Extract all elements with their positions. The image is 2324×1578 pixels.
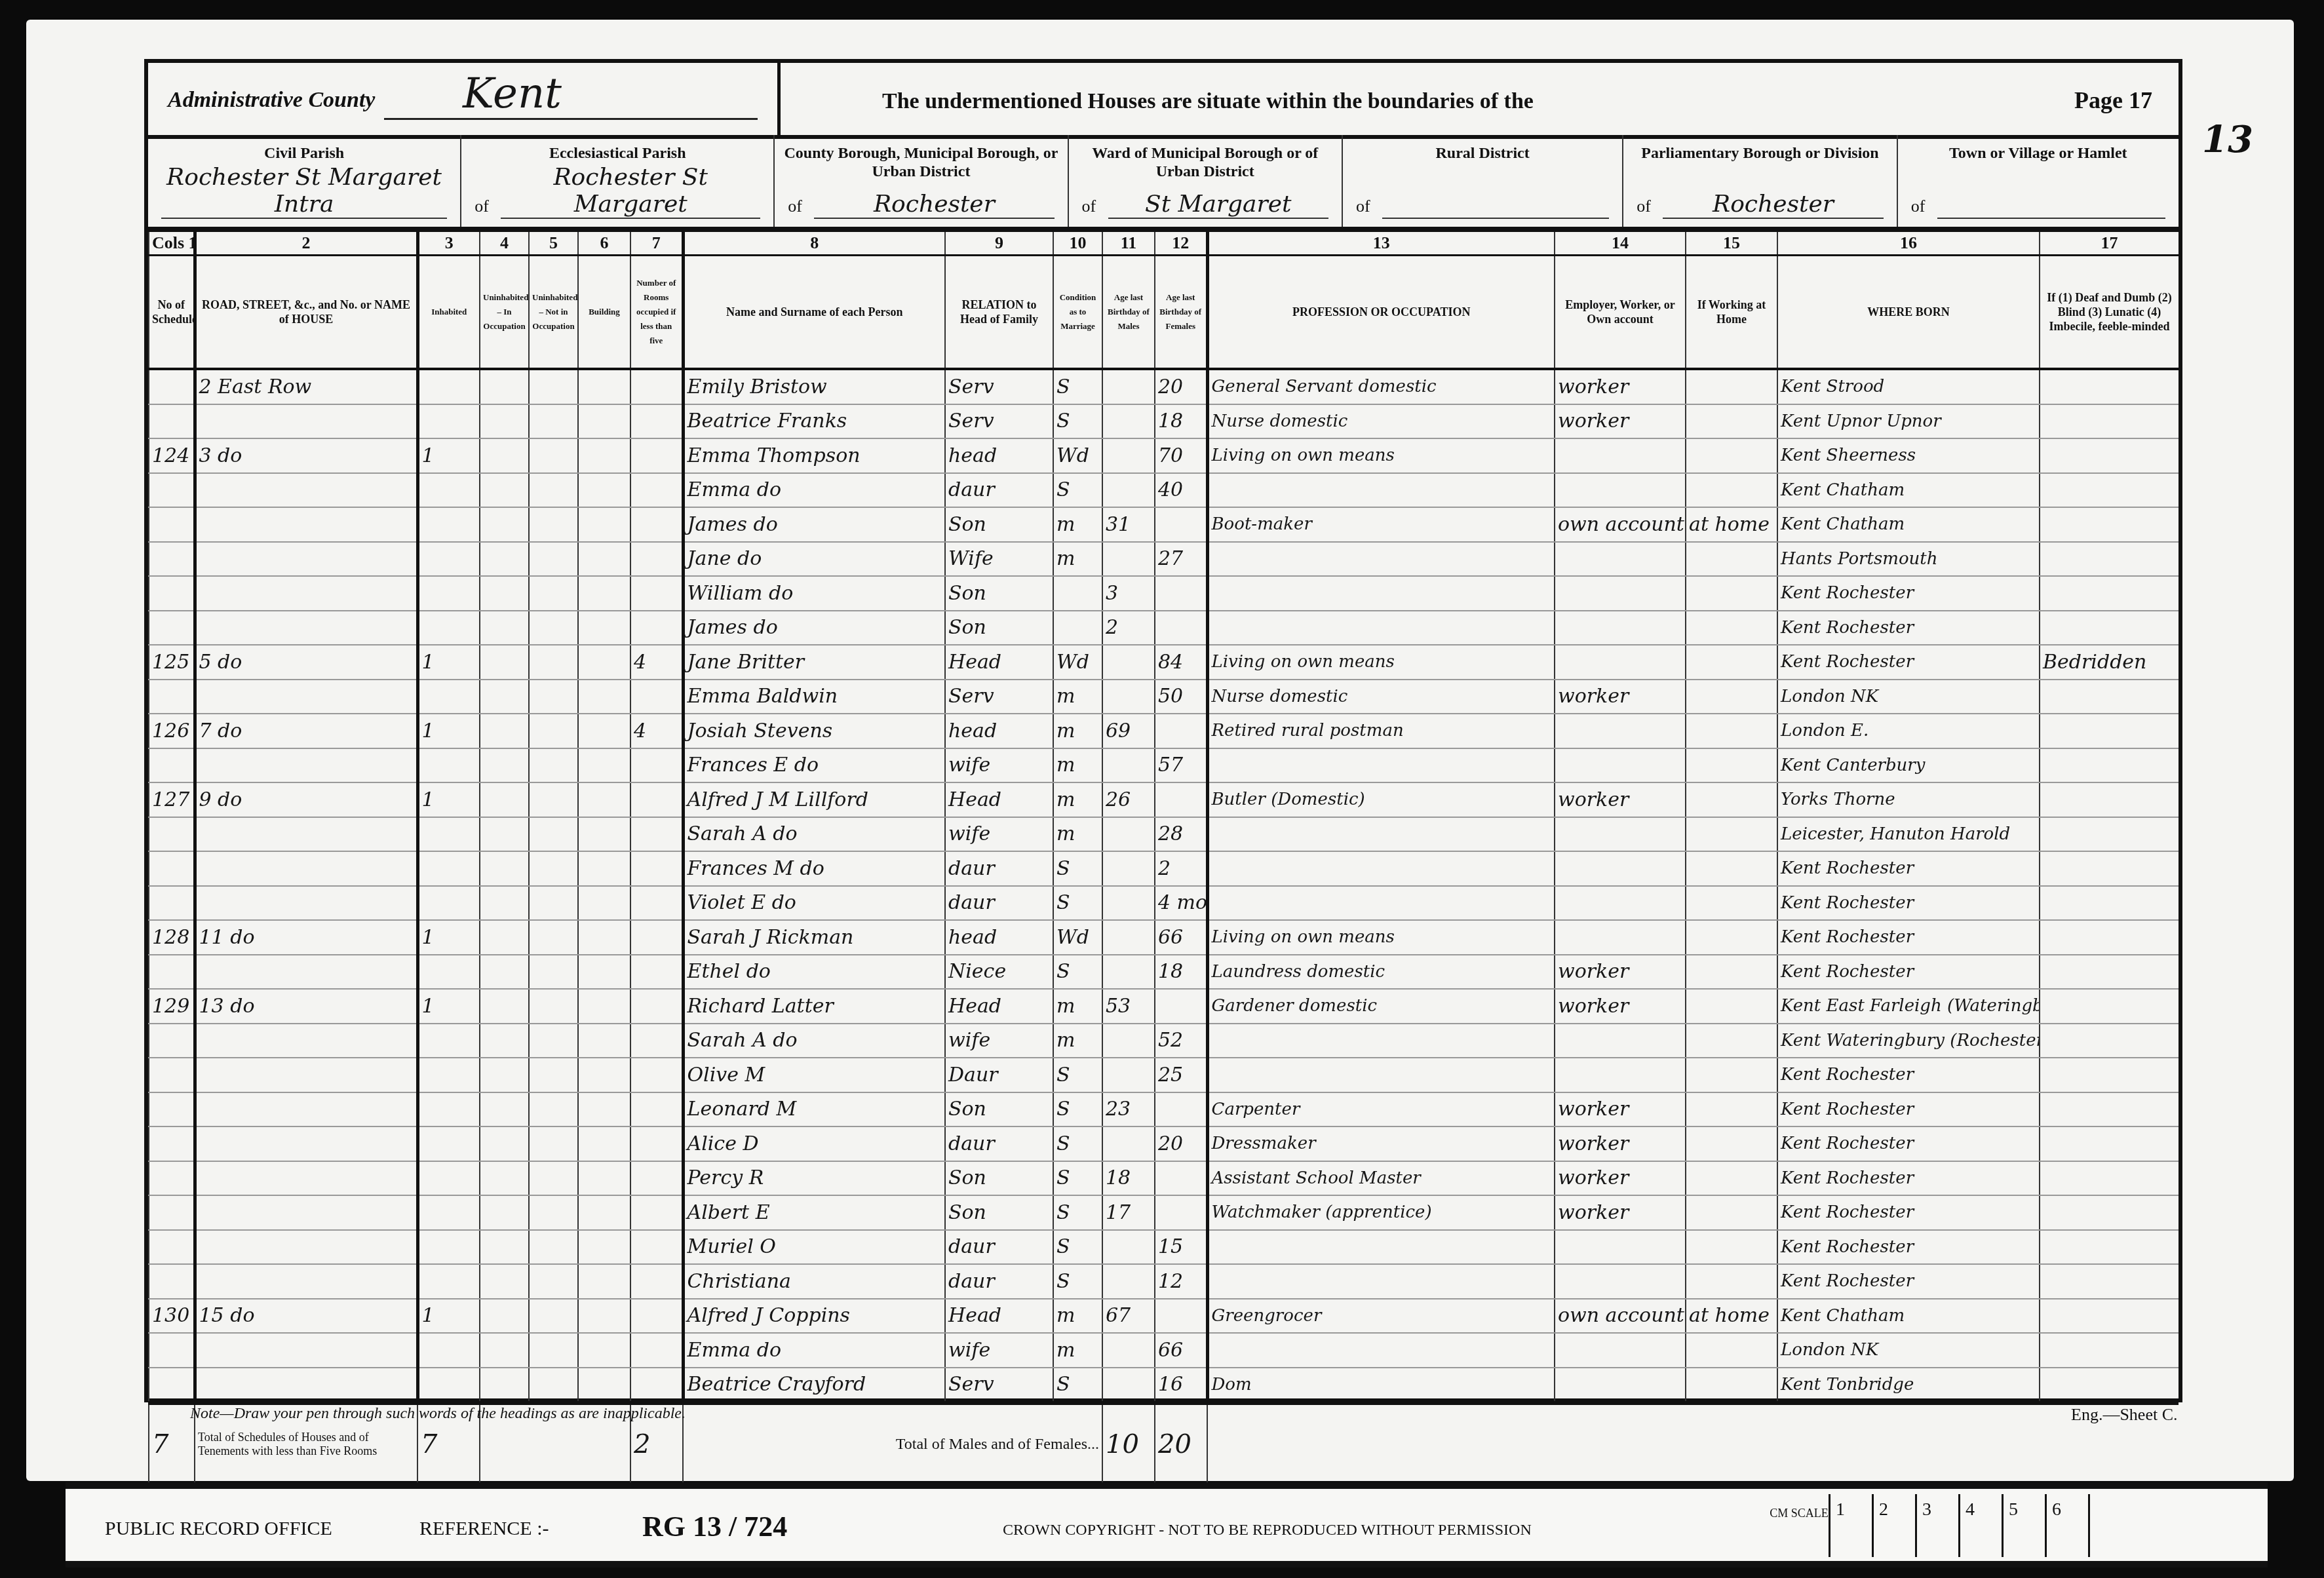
area-of-prefix: of [1636,197,1651,216]
cell-address: 2 East Row [195,369,417,404]
page-number: Page 17 [2074,87,2152,114]
cell-inhabited [417,1195,480,1230]
cell-empty [578,782,630,817]
census-row: Jane doWifem27Hants Portsmouth [149,542,2179,577]
cell-occupation: Assistant School Master [1207,1161,1555,1196]
area-label: County Borough, Municipal Borough, or Ur… [775,144,1067,181]
area-value: Rochester [1663,191,1883,219]
cell-at-home [1686,886,1777,921]
cell-born: Kent Rochester [1777,851,2040,886]
cell-infirmity [2040,1333,2179,1368]
cell-condition: m [1053,1024,1102,1058]
scale-tick: 5 [2002,1494,2045,1557]
cell-infirmity [2040,1230,2179,1265]
cell-empty [529,714,578,748]
cell-address [195,1161,417,1196]
cell-name: Albert E [683,1195,945,1230]
cell-address [195,1264,417,1299]
cell-address [195,1058,417,1092]
cell-age-m [1102,1024,1155,1058]
cell-born: Kent Chatham [1777,1299,2040,1334]
cell-empty [529,1161,578,1196]
cell-inhabited [417,680,480,714]
boundaries-text: The undermentioned Houses are situate wi… [882,89,1534,114]
cell-inhabited: 1 [417,782,480,817]
census-row: 1279 do1Alfred J M LillfordHeadm26Butler… [149,782,2179,817]
cell-born: Kent Rochester [1777,611,2040,645]
cell-empty [578,1058,630,1092]
cell-empty [480,817,529,852]
cell-empty [578,920,630,955]
column-header: Name and Surname of each Person [683,256,945,370]
cell-age-m [1102,1333,1155,1368]
cell-condition: S [1053,1126,1102,1161]
cell-age-m [1102,1058,1155,1092]
cell-condition: S [1053,1161,1102,1196]
cell-relation: Serv [945,404,1053,439]
cell-occupation: Laundress domestic [1207,955,1555,990]
cell-at-home [1686,920,1777,955]
cell-name: Frances E do [683,748,945,783]
area-label: Ward of Municipal Borough or of Urban Di… [1069,144,1342,181]
cell-age-m [1102,404,1155,439]
cell-empty [529,851,578,886]
cell-infirmity [2040,680,2179,714]
county-label: Administrative County [168,88,375,113]
cell-empty [529,748,578,783]
column-header: ROAD, STREET, &c., and No. or NAME of HO… [195,256,417,370]
cell-born: Kent Strood [1777,369,2040,404]
column-header-row: No of ScheduleROAD, STREET, &c., and No.… [149,256,2179,370]
cell-empty [578,680,630,714]
cell-empty [529,989,578,1024]
cell-schedule [149,1126,195,1161]
cell-condition: S [1053,886,1102,921]
cell-at-home [1686,955,1777,990]
column-header: If (1) Deaf and Dumb (2) Blind (3) Lunat… [2040,256,2179,370]
cell-condition: S [1053,851,1102,886]
area-of-prefix: of [474,197,489,216]
cell-schedule [149,886,195,921]
cell-age-f: 66 [1155,1333,1207,1368]
cell-empty [480,645,529,680]
cell-empty [529,817,578,852]
cell-employment [1555,1264,1686,1299]
cell-empty [529,1126,578,1161]
cell-occupation: Carpenter [1207,1092,1555,1127]
cell-born: Kent Rochester [1777,1058,2040,1092]
cell-rooms [630,1195,683,1230]
cell-address [195,1126,417,1161]
cell-schedule [149,1230,195,1265]
cell-age-m [1102,473,1155,508]
reference-label: REFERENCE :- [419,1518,549,1540]
cell-occupation [1207,473,1555,508]
cell-address [195,576,417,611]
cell-rooms [630,1230,683,1265]
cell-empty [578,1092,630,1127]
cell-empty [529,438,578,473]
cell-occupation: Nurse domestic [1207,404,1555,439]
census-row: James doSon2Kent Rochester [149,611,2179,645]
cell-at-home [1686,1264,1777,1299]
cell-rooms [630,404,683,439]
cell-employment: own account [1555,507,1686,542]
cell-rooms [630,1092,683,1127]
cell-empty [480,1368,529,1404]
cell-empty [480,611,529,645]
cell-empty [529,1024,578,1058]
cell-rooms [630,576,683,611]
column-header: Uninhabited – In Occupation [480,256,529,370]
cell-relation: Serv [945,1368,1053,1404]
cell-inhabited [417,1092,480,1127]
cell-relation: Daur [945,1058,1053,1092]
cell-empty [480,1092,529,1127]
cell-at-home [1686,1024,1777,1058]
cell-born: Kent Rochester [1777,1264,2040,1299]
cell-address [195,1024,417,1058]
census-row: Leonard MSonS23CarpenterworkerKent Roche… [149,1092,2179,1127]
census-row: 1255 do14Jane BritterHeadWd84Living on o… [149,645,2179,680]
cell-empty [480,438,529,473]
cell-born: Kent Rochester [1777,955,2040,990]
cell-occupation [1207,576,1555,611]
census-row: Sarah A dowifem52Kent Wateringbury (Roch… [149,1024,2179,1058]
cell-infirmity [2040,611,2179,645]
cell-age-m: 53 [1102,989,1155,1024]
cell-infirmity [2040,955,2179,990]
archive-footer: PUBLIC RECORD OFFICE REFERENCE :- RG 13 … [66,1482,2268,1568]
cell-address [195,748,417,783]
area-1: Ecclesiastical ParishofRochester St Marg… [461,135,775,227]
cell-rooms [630,1161,683,1196]
cell-relation: daur [945,886,1053,921]
cell-empty [529,576,578,611]
cell-empty [529,1264,578,1299]
cell-age-m [1102,920,1155,955]
cell-empty [480,1161,529,1196]
total-persons-label: Total of Males and of Females... [683,1403,1102,1486]
cell-age-f: 57 [1155,748,1207,783]
cell-schedule: 125 [149,645,195,680]
census-row: Emma dowifem66London NK [149,1333,2179,1368]
cell-relation: daur [945,1126,1053,1161]
cell-infirmity [2040,989,2179,1024]
cell-occupation: Boot-maker [1207,507,1555,542]
cell-occupation: Living on own means [1207,438,1555,473]
cell-employment: worker [1555,1195,1686,1230]
census-row: 2 East RowEmily BristowServS20General Se… [149,369,2179,404]
cell-inhabited: 1 [417,989,480,1024]
cell-at-home [1686,1058,1777,1092]
cell-name: Leonard M [683,1092,945,1127]
cell-empty [529,645,578,680]
column-number: 17 [2040,232,2179,256]
cell-empty [578,542,630,577]
cell-employment [1555,1058,1686,1092]
cell-inhabited [417,1230,480,1265]
cell-rooms [630,438,683,473]
cell-schedule: 126 [149,714,195,748]
cell-relation: head [945,920,1053,955]
cell-at-home [1686,1333,1777,1368]
cell-infirmity [2040,1368,2179,1404]
cell-empty [578,1299,630,1334]
cell-rooms [630,920,683,955]
cell-condition: Wd [1053,645,1102,680]
area-of-prefix: of [1082,197,1096,216]
census-row: 1243 do1Emma ThompsonheadWd70Living on o… [149,438,2179,473]
cell-condition: S [1053,955,1102,990]
cell-infirmity [2040,404,2179,439]
cell-rooms [630,989,683,1024]
cell-age-f: 16 [1155,1368,1207,1404]
cell-relation: Son [945,1195,1053,1230]
cell-empty [578,576,630,611]
cell-rooms [630,1368,683,1404]
cell-empty [529,1230,578,1265]
cell-address [195,1333,417,1368]
area-6: Town or Village or Hamletof [1898,135,2179,227]
cell-occupation: Dom [1207,1368,1555,1404]
cell-empty [529,369,578,404]
cell-address [195,542,417,577]
cell-empty [529,782,578,817]
cell-employment [1555,1024,1686,1058]
cell-name: Sarah J Rickman [683,920,945,955]
cell-infirmity [2040,1024,2179,1058]
cell-inhabited [417,611,480,645]
cell-relation: Head [945,645,1053,680]
cell-condition: m [1053,748,1102,783]
cell-rooms [630,748,683,783]
cell-empty [578,1126,630,1161]
cell-relation: Head [945,1299,1053,1334]
cell-at-home [1686,817,1777,852]
cell-age-m [1102,886,1155,921]
cell-employment [1555,645,1686,680]
cell-age-f [1155,782,1207,817]
cell-empty [480,782,529,817]
cell-employment [1555,886,1686,921]
column-header: Uninhabited – Not in Occupation [529,256,578,370]
column-number: 13 [1207,232,1555,256]
cell-name: Christiana [683,1264,945,1299]
column-number: 10 [1053,232,1102,256]
cell-relation: Head [945,782,1053,817]
area-of-prefix: of [1911,197,1926,216]
cell-schedule [149,1092,195,1127]
cell-condition: m [1053,1333,1102,1368]
cell-infirmity [2040,748,2179,783]
cell-infirmity [2040,1092,2179,1127]
cell-inhabited [417,473,480,508]
cell-address: 7 do [195,714,417,748]
cell-age-m [1102,748,1155,783]
area-4: Rural Districtof [1343,135,1623,227]
cell-age-f [1155,507,1207,542]
cell-inhabited [417,576,480,611]
area-value: Rochester [814,191,1054,219]
cell-relation: wife [945,817,1053,852]
cell-infirmity [2040,782,2179,817]
cell-inhabited [417,817,480,852]
cell-at-home [1686,989,1777,1024]
cell-empty [578,989,630,1024]
cell-born: Hants Portsmouth [1777,542,2040,577]
cell-rooms: 4 [630,645,683,680]
cell-rooms [630,851,683,886]
cell-at-home: at home [1686,507,1777,542]
cell-born: Kent Rochester [1777,576,2040,611]
cell-name: Ethel do [683,955,945,990]
cell-employment [1555,473,1686,508]
cell-address [195,817,417,852]
cell-address [195,507,417,542]
cell-inhabited: 1 [417,714,480,748]
cell-address: 3 do [195,438,417,473]
cell-schedule [149,851,195,886]
cell-age-m [1102,1368,1155,1404]
cell-infirmity [2040,369,2179,404]
column-number: 8 [683,232,945,256]
column-header: Number of Rooms occupied if less than fi… [630,256,683,370]
cell-name: Alice D [683,1126,945,1161]
cell-name: Sarah A do [683,1024,945,1058]
cell-employment: worker [1555,989,1686,1024]
cell-empty [529,1058,578,1092]
area-label: Civil Parish [148,144,460,163]
cell-at-home [1686,1092,1777,1127]
cell-schedule [149,1264,195,1299]
cell-employment [1555,542,1686,577]
census-row: 12913 do1Richard LatterHeadm53Gardener d… [149,989,2179,1024]
cell-schedule [149,1333,195,1368]
cell-relation: Wife [945,542,1053,577]
census-row: Percy RSonS18Assistant School Masterwork… [149,1161,2179,1196]
area-of-prefix: of [788,197,802,216]
area-label: Parliamentary Borough or Division [1623,144,1896,163]
cell-condition: m [1053,782,1102,817]
census-row: ChristianadaurS12Kent Rochester [149,1264,2179,1299]
cell-empty [480,851,529,886]
census-row: Albert ESonS17Watchmaker (apprentice)wor… [149,1195,2179,1230]
cell-employment: worker [1555,955,1686,990]
cell-at-home [1686,576,1777,611]
cell-relation: Niece [945,955,1053,990]
cell-at-home [1686,611,1777,645]
cell-empty [480,1126,529,1161]
cell-age-m [1102,645,1155,680]
cell-relation: head [945,438,1053,473]
census-row: Violet E dodaurS4 moKent Rochester [149,886,2179,921]
cell-condition: S [1053,1368,1102,1404]
cell-born: London NK [1777,1333,2040,1368]
cell-age-m [1102,542,1155,577]
census-row: 13015 do1Alfred J CoppinsHeadm67Greengro… [149,1299,2179,1334]
cell-name: Richard Latter [683,989,945,1024]
cell-inhabited: 1 [417,1299,480,1334]
column-header: Employer, Worker, or Own account [1555,256,1686,370]
area-of-prefix: of [1356,197,1370,216]
census-form-frame: Administrative County Kent The underment… [144,59,2182,1402]
cell-inhabited [417,1368,480,1404]
county-box: Administrative County Kent [148,63,781,135]
cell-employment [1555,1368,1686,1404]
cell-employment [1555,851,1686,886]
cell-empty [578,886,630,921]
cell-age-m: 2 [1102,611,1155,645]
cell-empty [578,611,630,645]
census-row: 1267 do14Josiah Stevensheadm69Retired ru… [149,714,2179,748]
cell-name: Beatrice Franks [683,404,945,439]
cell-empty [1207,1403,2179,1486]
cell-relation: Son [945,1092,1053,1127]
scale-end [2088,1494,2131,1557]
cell-inhabited [417,542,480,577]
cell-address: 9 do [195,782,417,817]
column-header: Age last Birthday of Males [1102,256,1155,370]
cell-inhabited [417,1058,480,1092]
area-value: St Margaret [1108,191,1328,219]
cell-empty [578,1230,630,1265]
area-value [1382,191,1609,219]
cell-rooms [630,1333,683,1368]
cell-empty [480,1024,529,1058]
column-number: 6 [578,232,630,256]
cell-empty [578,438,630,473]
form-header: Administrative County Kent The underment… [148,63,2179,139]
cell-condition: m [1053,989,1102,1024]
cell-relation: head [945,714,1053,748]
cell-schedule [149,542,195,577]
cell-age-m [1102,369,1155,404]
cell-name: Emma do [683,1333,945,1368]
column-header: No of Schedule [149,256,195,370]
cell-empty [578,404,630,439]
cell-empty [578,1264,630,1299]
cell-age-m: 26 [1102,782,1155,817]
column-number: 11 [1102,232,1155,256]
cell-condition: S [1053,1195,1102,1230]
cell-age-m: 23 [1102,1092,1155,1127]
cell-age-m: 17 [1102,1195,1155,1230]
office-label: PUBLIC RECORD OFFICE [105,1518,332,1540]
cell-condition: Wd [1053,920,1102,955]
cell-inhabited [417,1126,480,1161]
area-5: Parliamentary Borough or DivisionofRoche… [1623,135,1897,227]
cell-address [195,404,417,439]
cell-born: Kent Rochester [1777,1161,2040,1196]
cell-age-f [1155,1092,1207,1127]
cell-schedule [149,1195,195,1230]
cell-inhabited [417,1161,480,1196]
cell-infirmity [2040,1161,2179,1196]
cell-rooms [630,1299,683,1334]
census-row: Beatrice FranksServS18Nurse domesticwork… [149,404,2179,439]
cell-relation: Son [945,576,1053,611]
cell-address [195,1230,417,1265]
cell-at-home [1686,1368,1777,1404]
cell-relation: Son [945,507,1053,542]
column-number: 5 [529,232,578,256]
cell-occupation: Living on own means [1207,645,1555,680]
cell-age-m: 69 [1102,714,1155,748]
cell-empty [578,1195,630,1230]
cell-name: Muriel O [683,1230,945,1265]
cell-age-f: 4 mo [1155,886,1207,921]
